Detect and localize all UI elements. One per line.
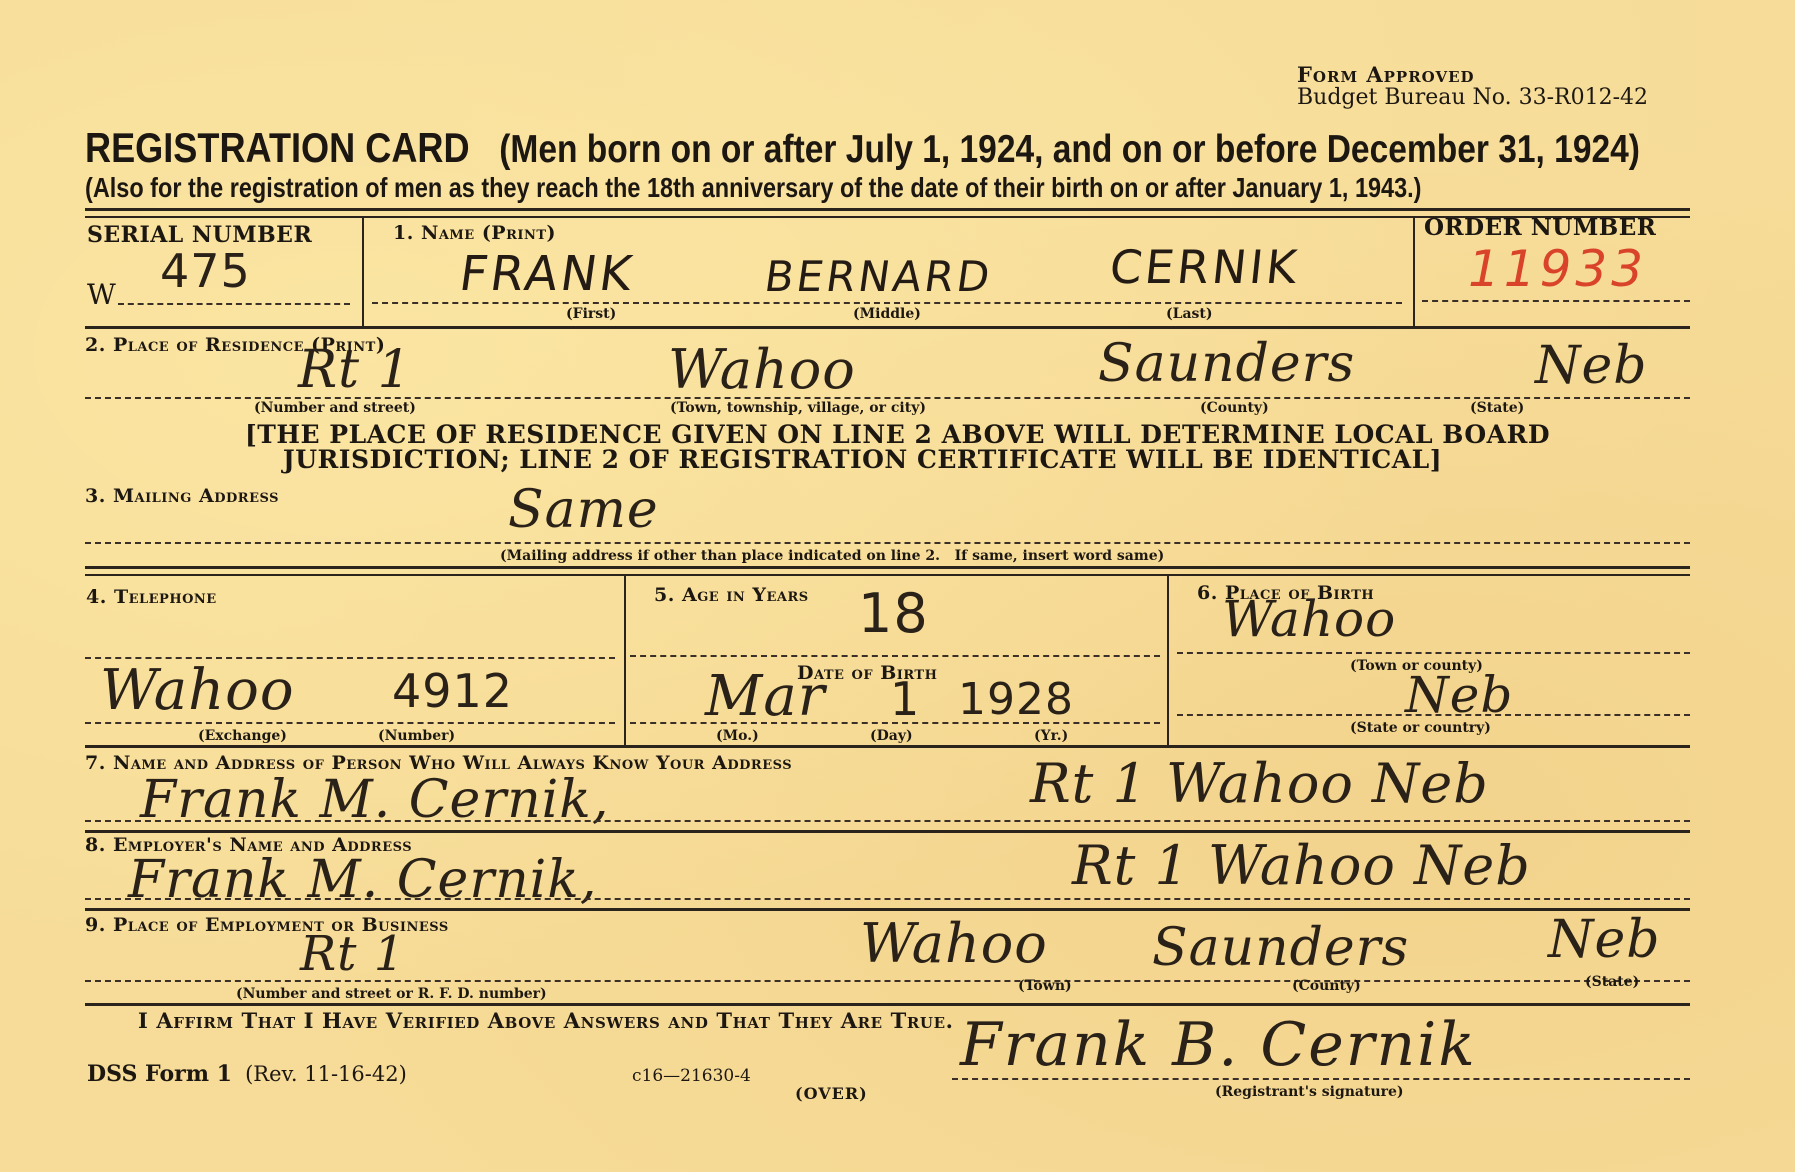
name-label: 1. Name (Print)	[393, 222, 556, 244]
eligibility-text: (Men born on or after July 1, 1924, and …	[499, 128, 1640, 171]
dob-day: 1	[890, 672, 920, 726]
telephone-label: 4. Telephone	[86, 586, 217, 608]
name-first: FRANK	[456, 246, 638, 302]
card-title: REGISTRATION CARD	[85, 124, 470, 171]
signature-line	[952, 1078, 1690, 1080]
residence-town: Wahoo	[668, 338, 856, 401]
employment-town-caption: (Town)	[1018, 978, 1072, 994]
residence-street: Rt 1	[298, 340, 412, 400]
mailing-line	[85, 542, 1690, 544]
employment-county-caption: (County)	[1292, 978, 1361, 994]
form-approved-block: Form Approved Budget Bureau No. 33-R012-…	[1297, 62, 1648, 110]
employment-state: Neb	[1548, 910, 1661, 970]
telephone-number-caption: (Number)	[378, 728, 455, 744]
mailing-caption: (Mailing address if other than place ind…	[500, 548, 1164, 564]
row1-bottom-rule	[85, 326, 1690, 329]
telephone-label-text: 4. Telephone	[86, 586, 217, 608]
also-for-text: (Also for the registration of men as the…	[85, 172, 1421, 204]
name-label-text: 1. Name (Print)	[393, 222, 556, 244]
serial-divider	[362, 218, 364, 326]
over-text: (OVER)	[795, 1084, 868, 1103]
age-divider	[1167, 576, 1169, 746]
form-id: DSS Form 1	[87, 1061, 232, 1087]
employer-line	[85, 898, 1690, 900]
serial-value: 475	[160, 244, 251, 298]
name-first-caption: (First)	[566, 306, 616, 322]
contact-address: Rt 1 Wahoo Neb	[1030, 752, 1489, 815]
name-last: CERNIK	[1107, 240, 1302, 294]
form-approved-label: Form Approved	[1297, 62, 1648, 87]
residence-notice: [THE PLACE OF RESIDENCE GIVEN ON LINE 2 …	[205, 422, 1590, 472]
row3-bottom-rule	[85, 566, 1690, 569]
employment-town: Wahoo	[860, 912, 1048, 975]
telephone-exchange-caption: (Exchange)	[198, 728, 287, 744]
employment-street-caption: (Number and street or R. F. D. number)	[236, 986, 547, 1002]
birthplace-state-line	[1177, 714, 1690, 716]
residence-notice-line1: [THE PLACE OF RESIDENCE GIVEN ON LINE 2 …	[205, 422, 1590, 447]
telephone-number: 4912	[392, 664, 513, 718]
residence-state-caption: (State)	[1470, 400, 1524, 416]
dob-month: Mar	[705, 664, 826, 729]
employer-name: Frank M. Cernik,	[128, 850, 597, 910]
order-divider	[1413, 218, 1415, 326]
order-number-value: 11933	[1468, 240, 1647, 298]
birthplace-town: Wahoo	[1222, 590, 1396, 648]
name-line	[372, 302, 1402, 304]
dob-day-caption: (Day)	[870, 728, 913, 744]
mailing-value: Same	[508, 480, 659, 540]
employment-county: Saunders	[1152, 918, 1409, 978]
contact-line	[85, 820, 1690, 822]
form-id-block: DSS Form 1 (Rev. 11-16-42)	[87, 1061, 407, 1087]
order-number-label: ORDER NUMBER	[1424, 214, 1656, 241]
mailing-label: 3. Mailing Address	[85, 485, 279, 507]
dob-line	[630, 722, 1160, 724]
row3-bottom-rule-inner	[85, 574, 1690, 576]
registrant-signature: Frank B. Cernik	[960, 1010, 1477, 1080]
row9-bottom-rule	[85, 1003, 1690, 1006]
row8-bottom-rule	[85, 908, 1690, 911]
print-code: c16—21630-4	[632, 1066, 751, 1086]
employer-address: Rt 1 Wahoo Neb	[1072, 834, 1531, 897]
name-middle: BERNARD	[762, 252, 996, 301]
residence-county: Saunders	[1098, 334, 1355, 394]
serial-prefix: W	[87, 278, 116, 311]
serial-line	[118, 303, 350, 305]
name-middle-caption: (Middle)	[853, 306, 921, 322]
mailing-label-text: 3. Mailing Address	[85, 485, 279, 507]
telephone-divider	[624, 576, 626, 746]
signature-caption: (Registrant's signature)	[1215, 1084, 1404, 1100]
budget-bureau-number: Budget Bureau No. 33-R012-42	[1297, 85, 1648, 110]
age-label: 5. Age in Years	[654, 584, 809, 606]
residence-notice-line2: JURISDICTION; LINE 2 OF REGISTRATION CER…	[135, 447, 1590, 472]
form-revision: (Rev. 11-16-42)	[245, 1062, 407, 1086]
age-label-text: 5. Age in Years	[654, 584, 809, 606]
row7-bottom-rule	[85, 830, 1690, 833]
residence-street-caption: (Number and street)	[254, 400, 416, 416]
employment-street: Rt 1	[300, 926, 405, 982]
top-rule	[85, 208, 1690, 211]
telephone-line-lower	[85, 722, 615, 724]
employment-line	[85, 980, 1690, 982]
employment-state-caption: (State)	[1585, 974, 1639, 990]
row4-bottom-rule	[85, 745, 1690, 748]
birthplace-state-caption: (State or country)	[1350, 720, 1491, 736]
residence-county-caption: (County)	[1200, 400, 1269, 416]
dob-year-caption: (Yr.)	[1034, 728, 1068, 744]
dob-month-caption: (Mo.)	[716, 728, 759, 744]
order-line	[1422, 300, 1690, 302]
birthplace-town-line	[1177, 652, 1690, 654]
residence-state: Neb	[1535, 336, 1648, 396]
affirmation: I Affirm That I Have Verified Above Answ…	[138, 1008, 954, 1033]
card-title-line: REGISTRATION CARD (Men born on or after …	[85, 124, 1640, 172]
telephone-exchange: Wahoo	[100, 658, 295, 723]
dob-year: 1928	[958, 674, 1074, 725]
age-value: 18	[858, 582, 929, 645]
age-line	[630, 655, 1160, 657]
name-last-caption: (Last)	[1166, 306, 1213, 322]
residence-town-caption: (Town, township, village, or city)	[670, 400, 926, 416]
